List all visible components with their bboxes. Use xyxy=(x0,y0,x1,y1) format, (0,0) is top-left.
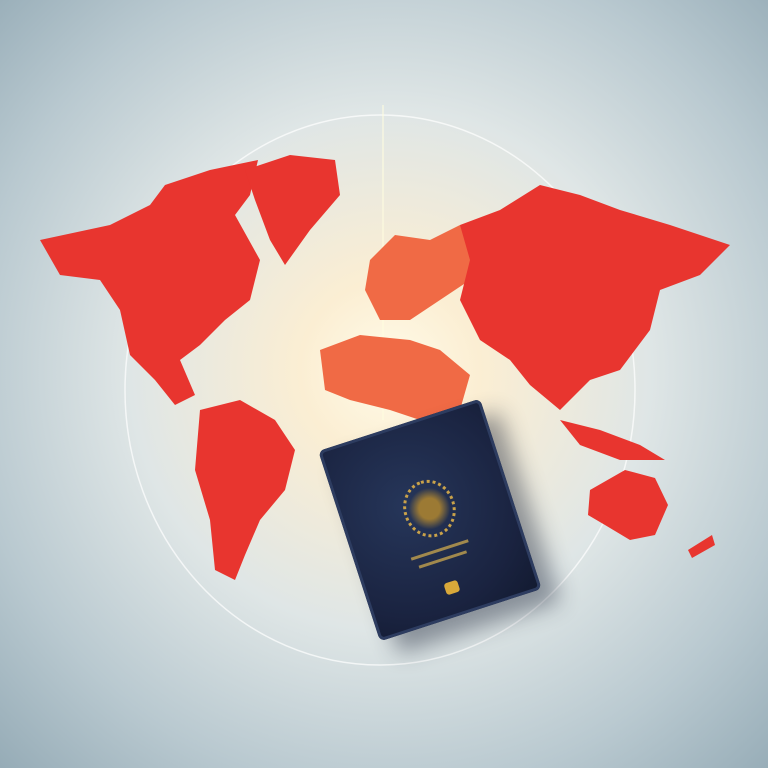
passport-chip-icon xyxy=(443,580,460,596)
asia xyxy=(460,185,730,410)
passport-text-line xyxy=(411,539,469,560)
new-zealand xyxy=(688,535,715,558)
world-map xyxy=(0,0,768,768)
north-america xyxy=(40,160,260,405)
south-america xyxy=(195,400,295,580)
greenland xyxy=(245,155,340,265)
illustration-scene xyxy=(0,0,768,768)
passport-emblem-icon xyxy=(396,473,463,544)
southeast-asia xyxy=(560,420,665,460)
